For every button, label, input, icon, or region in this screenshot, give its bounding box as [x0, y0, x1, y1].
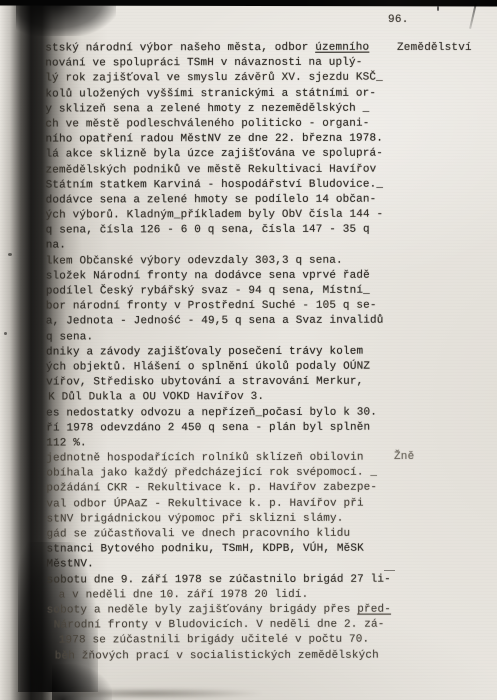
scan-speck — [8, 253, 12, 256]
page-bottom-edge-shadow — [72, 688, 262, 699]
text-line: podílel Český rybářský svaz - 94 q sena,… — [46, 284, 421, 300]
text-line: stnanci Bytového podniku, TSmH, KDPB, VÚ… — [46, 542, 421, 558]
text-line: na. — [46, 238, 421, 254]
text-line: 112 %. — [46, 435, 421, 451]
text-line: ního opatření radou MěstNV ze dne 22. bř… — [45, 132, 420, 148]
text-line: ch ve městě podleschváleného politicko -… — [45, 116, 420, 132]
text-line: dodávce sena a zelené hmoty se podílelo … — [46, 192, 421, 208]
text-line: q sena. — [46, 329, 421, 345]
text-line: obíhala jako každý předcházející rok své… — [46, 466, 421, 482]
text-line: Národní fronty v Bludovicích. V neděli d… — [54, 618, 422, 634]
text-line: dniky a závody zajišťovaly posečení tráv… — [46, 344, 421, 360]
text-line: K Důl Dukla a OU VOKD Havířov 3. — [48, 390, 421, 406]
text-line: es nedostatky odvozu a nepřízeň_počasí b… — [46, 405, 421, 421]
text-line: zemědělských podniků ve městě Rekultivac… — [46, 162, 421, 178]
text-line: nování ve spolupráci TSmH v návaznosti n… — [45, 56, 420, 72]
scan-speck — [437, 6, 439, 11]
text-line: lý rok zajišťoval ve smyslu závěrů XV. s… — [45, 71, 420, 87]
text-line: stský národní výbor našeho města, odbor … — [45, 41, 420, 57]
text-line: y sklizeň sena a zelené hmoty z nezemědě… — [45, 101, 420, 117]
text-line: bor národní fronty v Prostřední Suché - … — [46, 299, 421, 315]
scanned-page: 96. Zemědělství Žně stský národní výbor … — [0, 0, 497, 700]
scan-top-edge — [0, 0, 497, 7]
text-line: vířov, Středisko ubytování a stravování … — [46, 375, 421, 391]
text-line: běh žňových prací v socialistických země… — [55, 648, 422, 664]
scan-corner-mark — [469, 3, 477, 29]
scan-speck — [4, 332, 7, 335]
text-line: soboty a neděle byly zajišťovány brigády… — [47, 602, 422, 618]
text-line: ých výborů. Kladným_příkladem byly ObV č… — [46, 208, 421, 224]
page-number: 96. — [388, 14, 409, 26]
body-text: stský národní výbor našeho města, odbor … — [45, 41, 422, 665]
text-line: q sena, čísla 126 - 6 0 q sena, čísla 14… — [46, 223, 421, 239]
text-line: kolů uložených vyššími stranickými a stá… — [45, 86, 420, 102]
text-line: ých objektů. Hlášení o splnění úkolů pod… — [46, 359, 421, 375]
text-line: a v neděli dne 10. září 1978 20 lidí. — [59, 587, 422, 603]
text-line: sobotu dne 9. září 1978 se zúčastnilo br… — [47, 572, 422, 588]
text-line: složek Národní fronty na dodávce sena vp… — [46, 268, 421, 284]
text-line: 1978 se zúčastnili brigády učitelé v poč… — [59, 633, 422, 649]
text-line: MěstNV. — [47, 557, 422, 573]
text-line: ří 1978 odevzdáno 2 450 q sena - plán by… — [46, 420, 421, 436]
text-line: jednotně hospodařících rolníků sklízeň o… — [46, 451, 421, 467]
text-line: požádání CKR - Rekultivace k. p. Havířov… — [46, 481, 421, 497]
text-line: lkem Občanské výbory odevzdaly 303,3 q s… — [46, 253, 421, 269]
text-line: gád se zúčastňovali ve dnech pracovního … — [46, 527, 421, 543]
text-line: lá akce sklizně byla úzce zajišťována ve… — [45, 147, 420, 163]
text-line: stNV brigádnickou výpomoc při sklizni sl… — [46, 511, 421, 527]
text-line: Státním statkem Karviná - hospodářství B… — [46, 177, 421, 193]
text-line: val odbor ÚPAaZ - Rekultivace k. p. Haví… — [46, 496, 421, 512]
text-line: a, Jednota - Jedność - 49,5 q sena a Sva… — [46, 314, 421, 330]
